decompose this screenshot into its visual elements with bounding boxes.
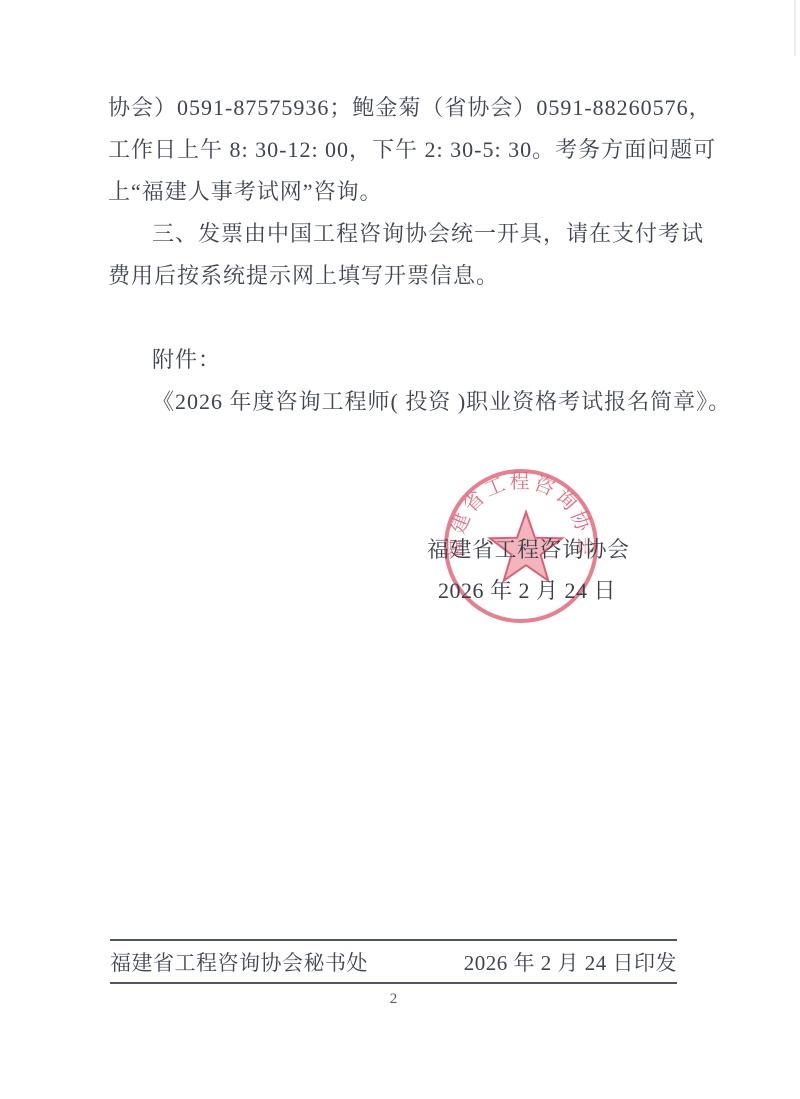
- scan-artifact-line: [794, 0, 796, 56]
- document-page: 协会）0591-87575936；鲍金菊（省协会）0591-88260576， …: [0, 0, 800, 1099]
- footer-issuer: 福建省工程咨询协会秘书处: [110, 947, 368, 977]
- body-line: 工作日上午 8: 30-12: 00，下午 2: 30-5: 30。考务方面问题…: [108, 129, 684, 171]
- document-body: 协会）0591-87575936；鲍金菊（省协会）0591-88260576， …: [108, 87, 684, 423]
- footer-bottom-rule: [110, 982, 677, 984]
- footer-print-date: 2026 年 2 月 24 日印发: [464, 947, 677, 977]
- attachment-title: 《2026 年度咨询工程师( 投资 )职业资格考试报名简章》。: [108, 381, 684, 423]
- signature-date: 2026 年 2 月 24 日: [427, 577, 627, 605]
- signature-block: 福建省工程咨询协会 2026 年 2 月 24 日: [427, 536, 627, 605]
- body-line: 协会）0591-87575936；鲍金菊（省协会）0591-88260576，: [108, 87, 684, 129]
- body-line: 费用后按系统提示网上填写开票信息。: [108, 255, 684, 297]
- document-footer: 福建省工程咨询协会秘书处 2026 年 2 月 24 日印发: [110, 939, 677, 984]
- body-line: 上“福建人事考试网”咨询。: [108, 171, 684, 213]
- signature-org: 福建省工程咨询协会: [427, 536, 627, 564]
- attachment-label: 附件：: [108, 339, 684, 381]
- body-line: 三、发票由中国工程咨询协会统一开具，请在支付考试: [108, 213, 684, 255]
- page-number: 2: [110, 991, 677, 1008]
